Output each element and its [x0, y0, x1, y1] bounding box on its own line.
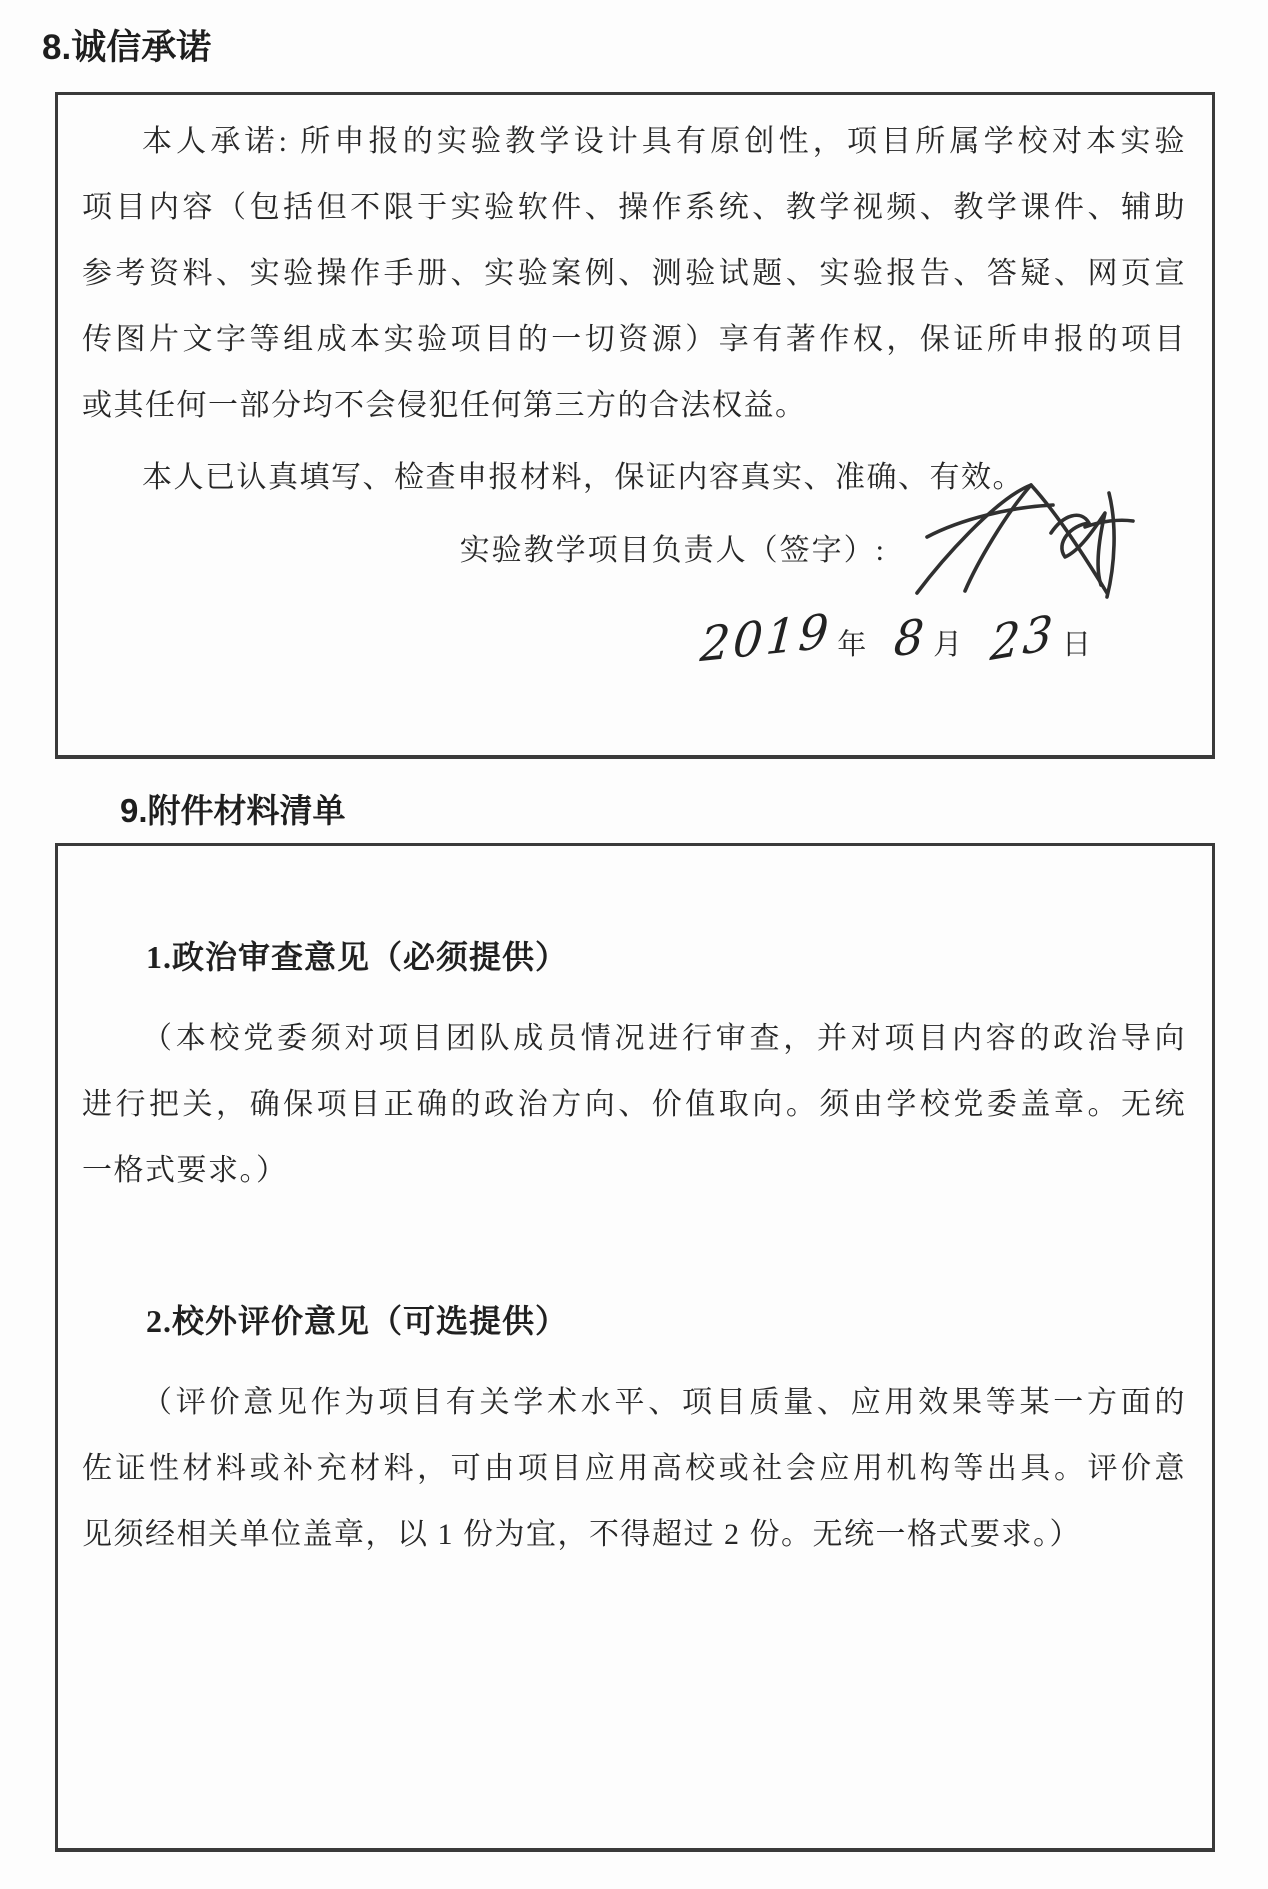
- external-evaluation-heading: 2.校外评价意见（可选提供）: [146, 1298, 1186, 1344]
- date-month-label: 月: [933, 629, 962, 661]
- commitment-line: 本人承诺: 所申报的实验教学设计具有原创性，项目所属学校对本实验: [82, 109, 1186, 175]
- paragraph-line: 见须经相关单位盖章，以 1 份为宜，不得超过 2 份。无统一格式要求。）: [82, 1502, 1186, 1568]
- political-review-heading: 1.政治审查意见（必须提供）: [146, 934, 1186, 980]
- date-month: 8: [892, 601, 930, 677]
- external-evaluation-paragraph: （评价意见作为项目有关学术水平、项目质量、应用效果等某一方面的 佐证性材料或补充…: [82, 1370, 1186, 1568]
- paragraph-line: 进行把关，确保项目正确的政治方向、价值取向。须由学校党委盖章。无统: [82, 1072, 1186, 1138]
- date-row: 2019年8月23日: [82, 603, 1186, 681]
- date-year: 2019: [697, 596, 833, 683]
- paragraph-line: （评价意见作为项目有关学术水平、项目质量、应用效果等某一方面的: [82, 1370, 1186, 1436]
- paragraph-line: 一格式要求。）: [82, 1138, 1186, 1204]
- commitment-line: 传图片文字等组成本实验项目的一切资源）享有著作权，保证所申报的项目: [82, 307, 1186, 373]
- date-day-label: 日: [1062, 629, 1091, 661]
- date-year-label: 年: [837, 629, 866, 661]
- attachments-box: 1.政治审查意见（必须提供） （本校党委须对项目团队成员情况进行审查，并对项目内…: [55, 843, 1215, 1852]
- paragraph-line: 佐证性材料或补充材料，可由项目应用高校或社会应用机构等出具。评价意: [82, 1436, 1186, 1502]
- commitment-line: 项目内容（包括但不限于实验软件、操作系统、教学视频、教学课件、辅助: [82, 175, 1186, 241]
- signature-label: 实验教学项目负责人（签字）:: [460, 525, 886, 569]
- signature-row: 实验教学项目负责人（签字）:: [82, 513, 1186, 583]
- commitment-paragraph: 本人承诺: 所申报的实验教学设计具有原创性，项目所属学校对本实验 项目内容（包括…: [82, 109, 1186, 439]
- section-8-title: 8.诚信承诺: [0, 0, 1268, 70]
- political-review-paragraph: （本校党委须对项目团队成员情况进行审查，并对项目内容的政治导向 进行把关，确保项…: [82, 1006, 1186, 1204]
- section-9-title: 9.附件材料清单: [0, 759, 1268, 833]
- document-page: 8.诚信承诺 本人承诺: 所申报的实验教学设计具有原创性，项目所属学校对本实验 …: [0, 0, 1268, 1889]
- commitment-line: 或其任何一部分均不会侵犯任何第三方的合法权益。: [82, 373, 1186, 439]
- date-day: 23: [988, 596, 1058, 681]
- paragraph-line: （本校党委须对项目团队成员情况进行审查，并对项目内容的政治导向: [82, 1006, 1186, 1072]
- commitment-box: 本人承诺: 所申报的实验教学设计具有原创性，项目所属学校对本实验 项目内容（包括…: [55, 92, 1215, 759]
- commitment-line: 参考资料、实验操作手册、实验案例、测验试题、实验报告、答疑、网页宣: [82, 241, 1186, 307]
